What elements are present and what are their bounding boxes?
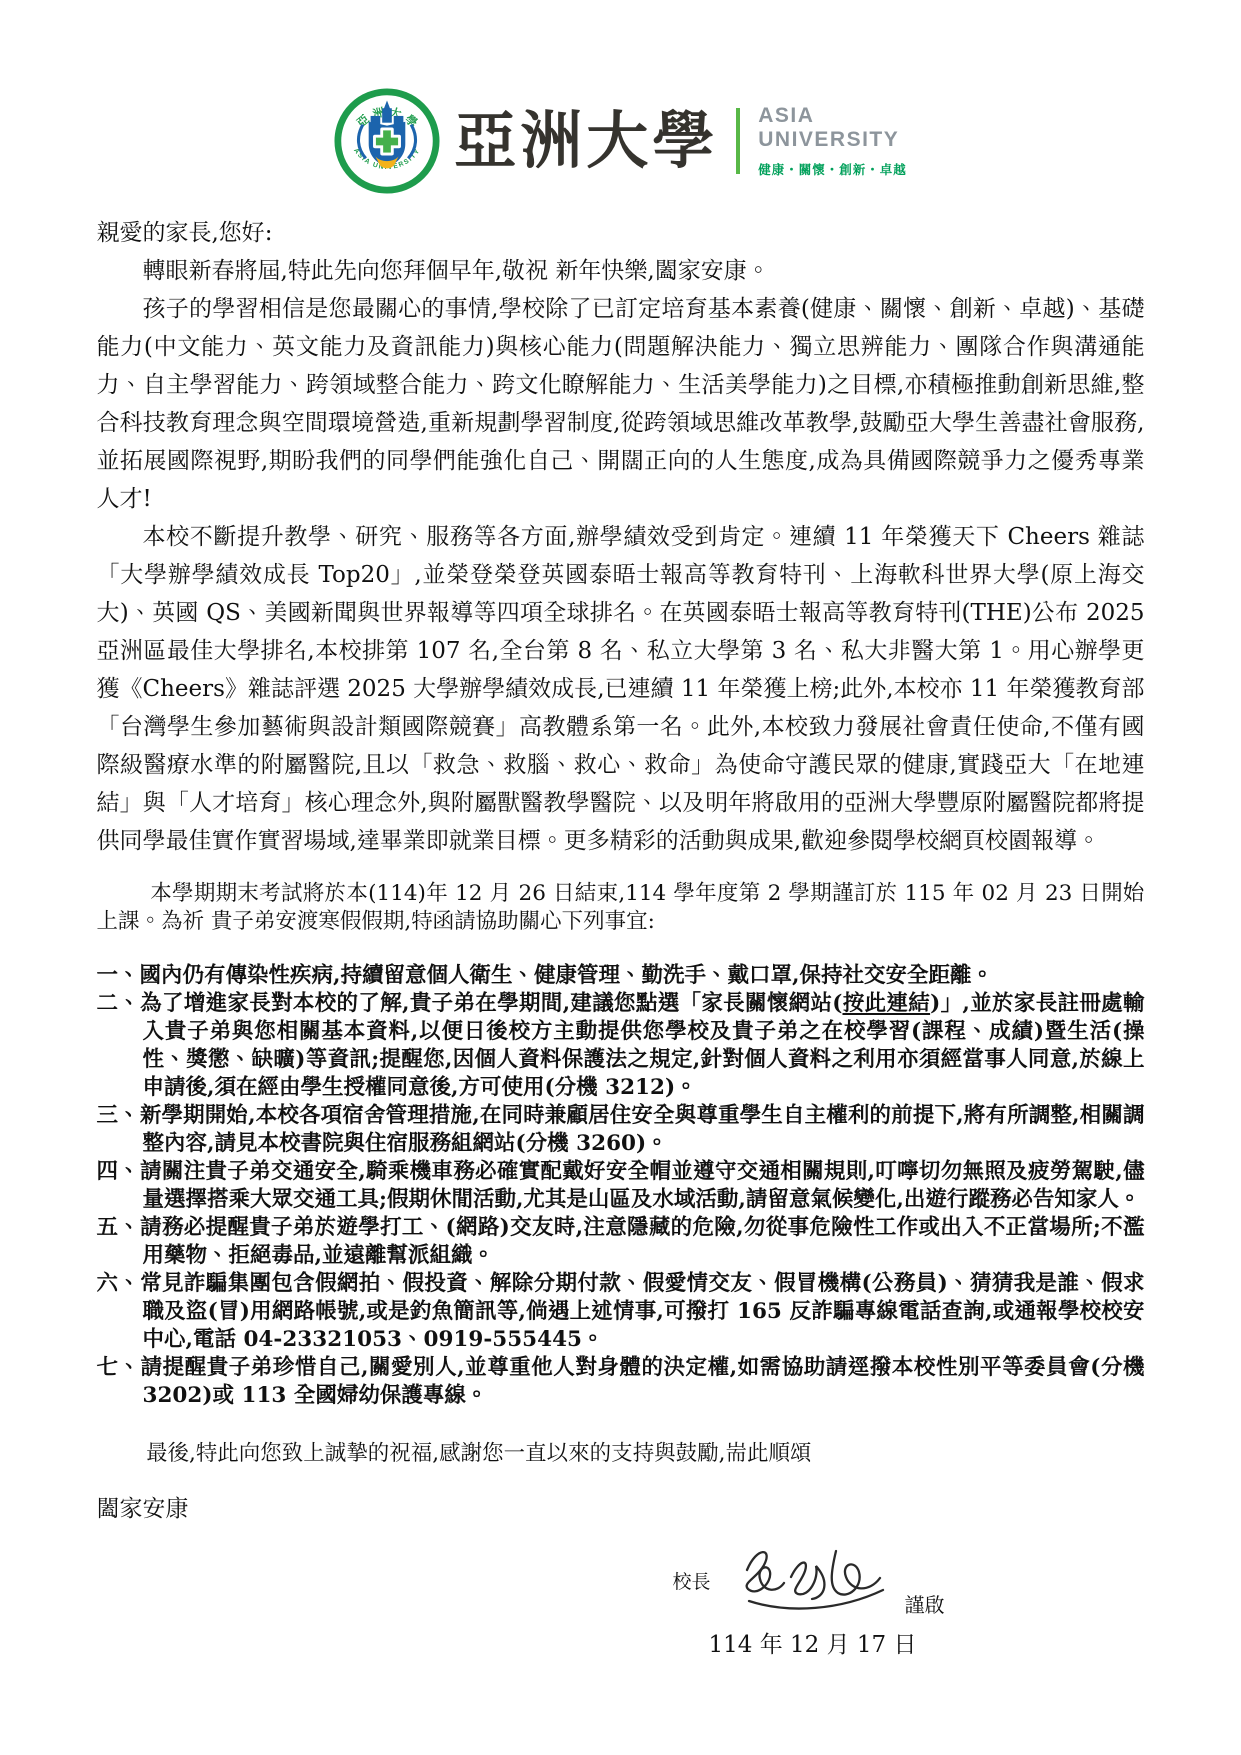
semester-schedule-paragraph: 本學期期末考試將於本(114)年 12 月 26 日結束,114 學年度第 2 … [97, 880, 1145, 936]
notice-item-number: 五、 [97, 1215, 141, 1240]
notice-item: 五、請務必提醒貴子弟於遊學打工、(網路)交友時,注意隱藏的危險,勿從事危險性工作… [97, 1214, 1145, 1270]
notice-item-text: 新學期開始,本校各項宿舍管理措施,在同時兼顧居住安全與尊重學生自主權利的前提下,… [140, 1103, 1145, 1156]
notice-item-number: 六、 [97, 1271, 141, 1296]
university-motto: 健康・關懷・創新・卓越 [758, 160, 907, 178]
parent-portal-link[interactable]: 按此連結 [842, 991, 930, 1016]
principal-signature-image [719, 1538, 897, 1626]
notice-item-text: 國內仍有傳染性疾病,持續留意個人衛生、健康管理、勤洗手、戴口罩,保持社交安全距離… [140, 963, 993, 988]
university-english-name: ASIA UNIVERSITY 健康・關懷・創新・卓越 [758, 104, 907, 178]
notice-item-text: 請提醒貴子弟珍惜自己,關愛別人,並尊重他人對身體的決定權,如需協助請逕撥本校性別… [141, 1355, 1145, 1408]
letterhead: 亞 洲 大 學 ASIA UNIVERSITY [0, 0, 1241, 194]
letter-date: 114 年 12 月 17 日 [97, 1626, 1145, 1659]
salutation: 親愛的家長,您好: [97, 214, 1145, 252]
university-wordmark: 亞洲大學 [454, 110, 718, 172]
notice-item-text: 請關注貴子弟交通安全,騎乘機車務必確實配戴好安全帽並遵守交通相關規則,叮嚀切勿無… [140, 1159, 1144, 1212]
notice-item-text: 請務必提醒貴子弟於遊學打工、(網路)交友時,注意隱藏的危險,勿從事危險性工作或出… [140, 1215, 1144, 1268]
notice-item: 三、新學期開始,本校各項宿舍管理措施,在同時兼顧居住安全與尊重學生自主權利的前提… [97, 1102, 1145, 1158]
notice-list: 一、國內仍有傳染性疾病,持續留意個人衛生、健康管理、勤洗手、戴口罩,保持社交安全… [97, 962, 1145, 1410]
english-name-line2: UNIVERSITY [758, 128, 907, 152]
notice-item-text: 為了增進家長對本校的了解,貴子弟在學期間,建議您點選「家長關懷網站( [140, 991, 842, 1016]
notice-item-number: 一、 [97, 963, 140, 988]
education-goals-paragraph: 孩子的學習相信是您最關心的事情,學校除了已訂定培育基本素養(健康、關懷、創新、卓… [97, 290, 1145, 518]
notice-item: 二、為了增進家長對本校的了解,貴子弟在學期間,建議您點選「家長關懷網站(按此連結… [97, 990, 1145, 1102]
letter-page: 亞 洲 大 學 ASIA UNIVERSITY [0, 0, 1241, 1755]
notice-item-text: 常見詐騙集團包含假網拍、假投資、解除分期付款、假愛情交友、假冒機構(公務員)、猜… [140, 1271, 1144, 1352]
notice-item: 六、常見詐騙集團包含假網拍、假投資、解除分期付款、假愛情交友、假冒機構(公務員)… [97, 1270, 1145, 1354]
notice-item-number: 七、 [97, 1355, 141, 1380]
notice-item-number: 二、 [97, 991, 141, 1016]
notice-item-number: 四、 [97, 1159, 141, 1184]
english-name-line1: ASIA [758, 104, 907, 128]
greeting-paragraph: 轉眼新春將屆,特此先向您拜個早年,敬祝 新年快樂,闔家安康。 [97, 252, 1145, 290]
closing-paragraph: 最後,特此向您致上誠摯的祝福,感謝您一直以來的支持與鼓勵,耑此順頌 [97, 1440, 1145, 1468]
signer-title: 校長 [672, 1567, 710, 1594]
logo-divider [736, 108, 740, 174]
notice-item: 七、請提醒貴子弟珍惜自己,關愛別人,並尊重他人對身體的決定權,如需協助請逕撥本校… [97, 1354, 1145, 1410]
closing-phrase: 闔家安康 [97, 1494, 1145, 1524]
notice-item: 一、國內仍有傳染性疾病,持續留意個人衛生、健康管理、勤洗手、戴口罩,保持社交安全… [97, 962, 1145, 990]
notice-item: 四、請關注貴子弟交通安全,騎乘機車務必確實配戴好安全帽並遵守交通相關規則,叮嚀切… [97, 1158, 1145, 1214]
signature-block: 校長 謹啟 [97, 1538, 1145, 1626]
university-emblem-icon: 亞 洲 大 學 ASIA UNIVERSITY [334, 88, 440, 194]
achievements-paragraph: 本校不斷提升教學、研究、服務等各方面,辦學績效受到肯定。連續 11 年榮獲天下 … [97, 518, 1145, 860]
notice-item-number: 三、 [97, 1103, 140, 1128]
signature-suffix: 謹啟 [905, 1589, 945, 1618]
letter-body: 親愛的家長,您好: 轉眼新春將屆,特此先向您拜個早年,敬祝 新年快樂,闔家安康。… [97, 214, 1145, 1659]
